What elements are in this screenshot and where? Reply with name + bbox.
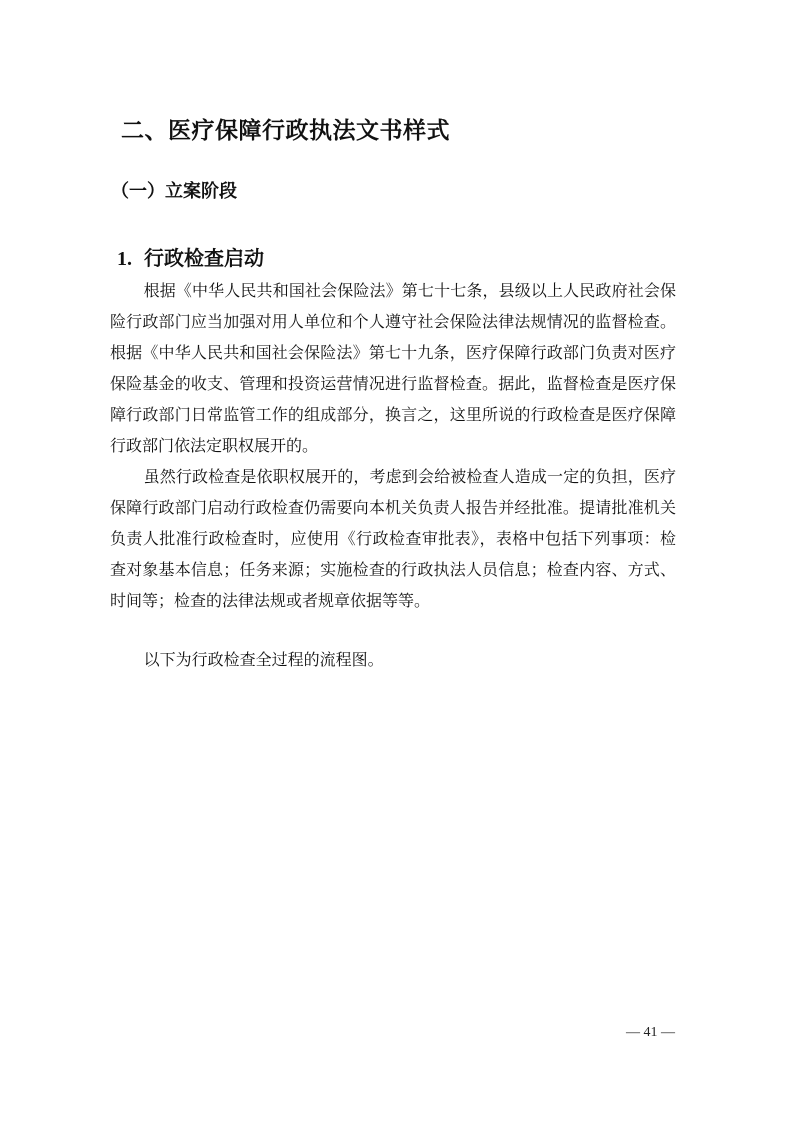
body-text-block: 根据《中华人民共和国社会保险法》第七十七条，县级以上人民政府社会保险行政部门应当…: [110, 276, 676, 676]
subsection-title: 行政检查启动: [144, 248, 264, 270]
subsection-heading-xing-zheng-jian-cha: 1.行政检查启动: [117, 245, 264, 273]
page-number: — 41 —: [626, 1024, 675, 1042]
subsection-number: 1.: [117, 248, 132, 270]
document-page: 二、医疗保障行政执法文书样式 （一）立案阶段 1.行政检查启动 根据《中华人民共…: [0, 0, 793, 1122]
paragraph-legal-basis: 根据《中华人民共和国社会保险法》第七十七条，县级以上人民政府社会保险行政部门应当…: [110, 276, 676, 462]
paragraph-approval-procedure: 虽然行政检查是依职权展开的，考虑到会给被检查人造成一定的负担，医疗保障行政部门启…: [110, 462, 676, 617]
flowchart-lead-in-note: 以下为行政检查全过程的流程图。: [110, 645, 676, 676]
document-title: 二、医疗保障行政执法文书样式: [121, 115, 450, 145]
section-heading-li-an-jie-duan: （一）立案阶段: [111, 177, 237, 205]
